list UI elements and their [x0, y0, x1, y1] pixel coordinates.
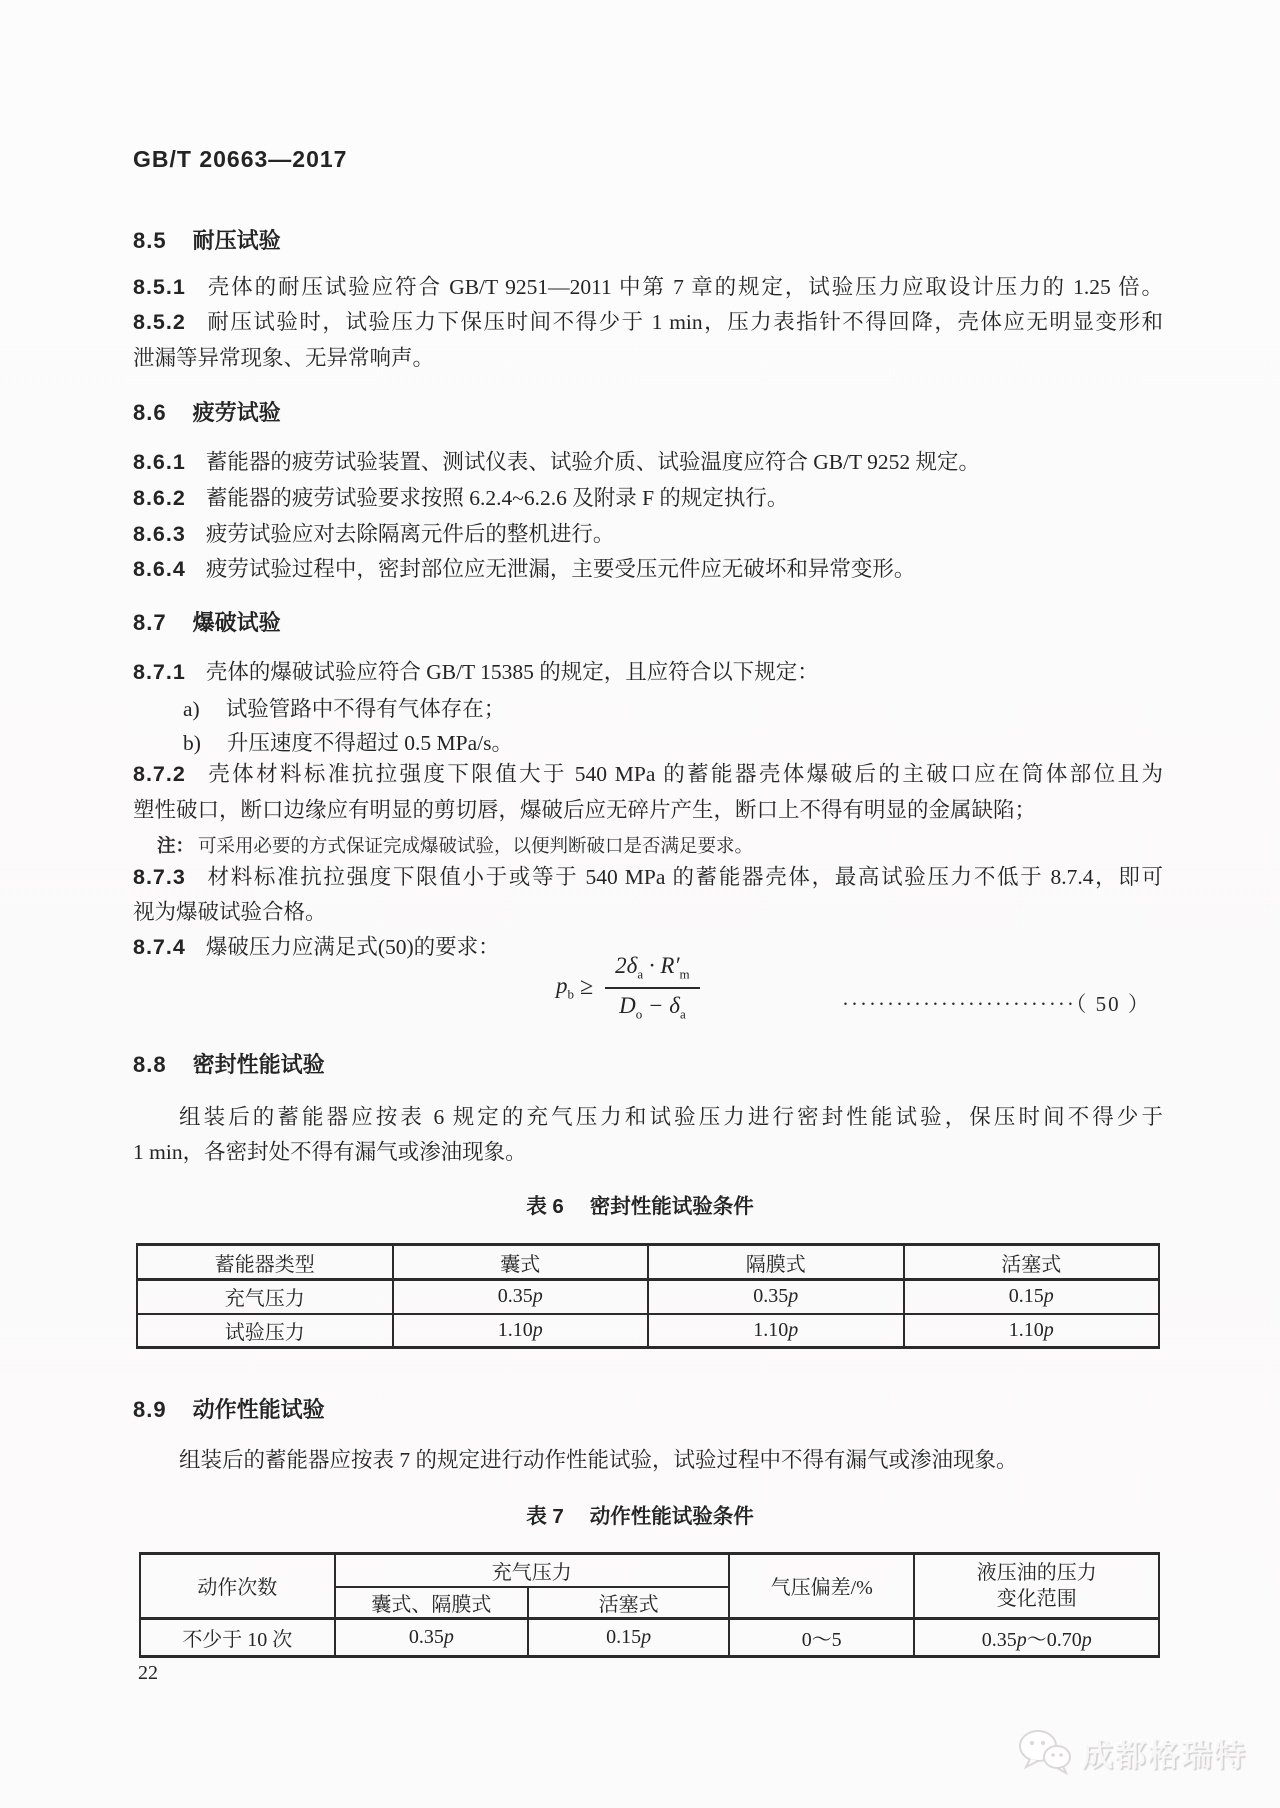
table-7-col-charge-pressure: 充气压力	[335, 1554, 729, 1587]
table-7-header-row-1: 动作次数 充气压力 气压偏差/% 液压油的压力变化范围	[140, 1554, 1159, 1587]
table-7-col-cycles: 动作次数	[140, 1554, 335, 1619]
table-7-col-deviation: 气压偏差/%	[729, 1554, 914, 1619]
fraction-denominator: Do − δa	[605, 989, 699, 1023]
section-title: 爆破试验	[193, 610, 281, 635]
clause-number: 8.5.1	[133, 275, 186, 299]
wechat-icon	[1016, 1727, 1074, 1777]
clause-8-5-2-line2: 泄漏等异常现象、无异常响声。	[133, 343, 1163, 373]
section-number: 8.9	[133, 1397, 167, 1422]
equation-lhs: pb	[556, 973, 574, 1003]
clause-text: 蓄能器的疲劳试验要求按照 6.2.4~6.2.6 及附录 F 的规定执行。	[206, 486, 789, 510]
cell-value: 0.35p	[648, 1280, 904, 1314]
cell-value: 1.10p	[393, 1314, 649, 1348]
cell-value: 1.10p	[904, 1314, 1160, 1348]
table-caption-title: 密封性能试验条件	[590, 1195, 754, 1218]
row-label: 充气压力	[137, 1280, 393, 1314]
table-7-col-oil-range: 液压油的压力变化范围	[914, 1554, 1159, 1619]
clause-text: 壳体材料标准抗拉强度下限值大于 540 MPa 的蓄能器壳体爆破后的主破口应在筒…	[206, 762, 1163, 786]
table-7-caption: 表 7动作性能试验条件	[0, 1499, 1280, 1529]
section-number: 8.6	[133, 400, 167, 425]
clause-8-7-1: 8.7.1壳体的爆破试验应符合 GB/T 15385 的规定，且应符合以下规定：	[133, 657, 1163, 687]
clause-number: 8.7.3	[133, 865, 186, 889]
table-6-caption: 表 6密封性能试验条件	[0, 1189, 1280, 1219]
cell-deviation: 0～5	[729, 1618, 914, 1656]
section-title: 密封性能试验	[193, 1052, 325, 1077]
clause-number: 8.7.4	[133, 935, 186, 959]
clause-text: 疲劳试验过程中，密封部位应无泄漏，主要受压元件应无破坏和异常变形。	[206, 557, 916, 581]
table-7-col-bladder-diaphragm: 囊式、隔膜式	[335, 1587, 529, 1619]
paragraph-8-8-line2: 1 min，各密封处不得有漏气或渗油现象。	[133, 1137, 1163, 1167]
clause-8-7-2-line2: 塑性破口，断口边缘应有明显的剪切唇，爆破后应无碎片产生，断口上不得有明显的金属缺…	[133, 795, 1163, 825]
list-item-text: 试验管路中不得有气体存在；	[226, 697, 506, 721]
clause-number: 8.5.2	[133, 310, 186, 334]
clause-8-6-3: 8.6.3疲劳试验应对去除隔离元件后的整机进行。	[133, 519, 1163, 549]
table-7-col-piston: 活塞式	[528, 1587, 729, 1619]
clause-number: 8.6.1	[133, 450, 186, 474]
note-label: 注：	[157, 835, 194, 856]
table-row: 充气压力 0.35p 0.35p 0.15p	[137, 1280, 1159, 1314]
watermark: 成都格瑞特	[1016, 1727, 1247, 1777]
equation-number: （ 50 ）	[1076, 992, 1151, 1016]
table-6-col-bladder: 囊式	[393, 1245, 649, 1280]
list-item-marker: b)	[183, 731, 201, 755]
section-title: 动作性能试验	[193, 1397, 325, 1422]
table-6-header-row: 蓄能器类型 囊式 隔膜式 活塞式	[137, 1245, 1159, 1280]
clause-8-7-3-line2: 视为爆破试验合格。	[133, 897, 1163, 927]
section-number: 8.8	[133, 1052, 167, 1077]
list-item-text: 升压速度不得超过 0.5 MPa/s。	[227, 731, 513, 755]
clause-8-6-4: 8.6.4疲劳试验过程中，密封部位应无泄漏，主要受压元件应无破坏和异常变形。	[133, 554, 1163, 584]
document-page: GB/T 20663—2017 8.5耐压试验 8.5.1壳体的耐压试验应符合 …	[0, 0, 1280, 1808]
table-6-col-diaphragm: 隔膜式	[648, 1245, 904, 1280]
cell-value: 0.35p	[393, 1280, 649, 1314]
clause-text: 疲劳试验应对去除隔离元件后的整机进行。	[206, 522, 615, 546]
list-item-marker: a)	[183, 697, 200, 721]
section-8-5-heading: 8.5耐压试验	[133, 224, 1163, 255]
clause-8-7-2-line1: 8.7.2壳体材料标准抗拉强度下限值大于 540 MPa 的蓄能器壳体爆破后的主…	[133, 759, 1163, 789]
clause-number: 8.6.4	[133, 557, 186, 581]
note-8-7-2: 注：可采用必要的方式保证完成爆破试验，以便判断破口是否满足要求。	[157, 832, 1137, 858]
table-caption-title: 动作性能试验条件	[590, 1505, 754, 1528]
clause-number: 8.7.1	[133, 660, 186, 684]
list-item-a: a)试验管路中不得有气体存在；	[183, 692, 1143, 723]
clause-text: 蓄能器的疲劳试验装置、测试仪表、试验介质、试验温度应符合 GB/T 9252 规…	[206, 450, 980, 474]
clause-text: 爆破压力应满足式(50)的要求：	[206, 935, 500, 959]
standard-number-header: GB/T 20663—2017	[133, 146, 1163, 173]
clause-8-5-2-line1: 8.5.2耐压试验时，试验压力下保压时间不得少于 1 min，压力表指针不得回降…	[133, 307, 1163, 337]
clause-number: 8.6.2	[133, 486, 186, 510]
clause-text: 壳体的耐压试验应符合 GB/T 9251—2011 中第 7 章的规定，试验压力…	[206, 275, 1163, 299]
equation-fraction: 2δa · R′m Do − δa	[605, 953, 699, 1022]
fraction-numerator: 2δa · R′m	[605, 953, 699, 989]
table-7: 动作次数 充气压力 气压偏差/% 液压油的压力变化范围 囊式、隔膜式 活塞式 不…	[139, 1552, 1160, 1658]
table-caption-label: 表 6	[526, 1195, 564, 1218]
cell-charge-bd: 0.35p	[335, 1618, 529, 1656]
clause-number: 8.7.2	[133, 762, 186, 786]
table-caption-label: 表 7	[526, 1505, 564, 1528]
table-6: 蓄能器类型 囊式 隔膜式 活塞式 充气压力 0.35p 0.35p 0.15p …	[136, 1243, 1160, 1349]
row-label: 试验压力	[137, 1314, 393, 1348]
table-7-data-row: 不少于 10 次 0.35p 0.15p 0～5 0.35p～0.70p	[140, 1618, 1159, 1656]
section-8-8-heading: 8.8密封性能试验	[133, 1048, 1163, 1079]
clause-8-6-2: 8.6.2蓄能器的疲劳试验要求按照 6.2.4~6.2.6 及附录 F 的规定执…	[133, 483, 1163, 513]
table-6-col-piston: 活塞式	[904, 1245, 1160, 1280]
section-number: 8.5	[133, 228, 167, 253]
cell-charge-piston: 0.15p	[528, 1618, 729, 1656]
table-row: 试验压力 1.10p 1.10p 1.10p	[137, 1314, 1159, 1348]
cell-value: 1.10p	[648, 1314, 904, 1348]
paragraph-8-8-line1: 组装后的蓄能器应按表 6 规定的充气压力和试验压力进行密封性能试验，保压时间不得…	[133, 1102, 1163, 1132]
section-8-6-heading: 8.6疲劳试验	[133, 396, 1163, 427]
equation-dots-and-number: ··························（ 50 ）	[842, 988, 1138, 1018]
watermark-text: 成都格瑞特	[1082, 1730, 1247, 1775]
clause-8-5-1: 8.5.1壳体的耐压试验应符合 GB/T 9251—2011 中第 7 章的规定…	[133, 272, 1163, 302]
section-title: 耐压试验	[193, 228, 281, 253]
section-title: 疲劳试验	[193, 400, 281, 425]
section-8-7-heading: 8.7爆破试验	[133, 606, 1163, 637]
clause-text: 材料标准抗拉强度下限值小于或等于 540 MPa 的蓄能器壳体，最高试验压力不低…	[206, 865, 1163, 889]
clause-text: 壳体的爆破试验应符合 GB/T 15385 的规定，且应符合以下规定：	[206, 660, 819, 684]
section-8-9-heading: 8.9动作性能试验	[133, 1393, 1163, 1424]
clause-text: 耐压试验时，试验压力下保压时间不得少于 1 min，压力表指针不得回降，壳体应无…	[206, 310, 1163, 334]
equation-50: pb ≥ 2δa · R′m Do − δa	[556, 953, 700, 1022]
paragraph-8-9: 组装后的蓄能器应按表 7 的规定进行动作性能试验，试验过程中不得有漏气或渗油现象…	[133, 1445, 1209, 1475]
cell-cycles: 不少于 10 次	[140, 1618, 335, 1656]
cell-value: 0.15p	[904, 1280, 1160, 1314]
note-text: 可采用必要的方式保证完成爆破试验，以便判断破口是否满足要求。	[198, 837, 753, 857]
leader-dots: ··························	[842, 992, 1076, 1016]
page-number: 22	[138, 1662, 158, 1685]
clause-number: 8.6.3	[133, 522, 186, 546]
section-number: 8.7	[133, 610, 167, 635]
equation-relation: ≥	[580, 974, 593, 1001]
list-item-b: b)升压速度不得超过 0.5 MPa/s。	[183, 726, 1143, 757]
cell-oil-range: 0.35p～0.70p	[914, 1618, 1159, 1656]
table-6-col-type: 蓄能器类型	[137, 1245, 393, 1280]
clause-8-7-3-line1: 8.7.3材料标准抗拉强度下限值小于或等于 540 MPa 的蓄能器壳体，最高试…	[133, 862, 1163, 892]
clause-8-6-1: 8.6.1蓄能器的疲劳试验装置、测试仪表、试验介质、试验温度应符合 GB/T 9…	[133, 447, 1163, 477]
